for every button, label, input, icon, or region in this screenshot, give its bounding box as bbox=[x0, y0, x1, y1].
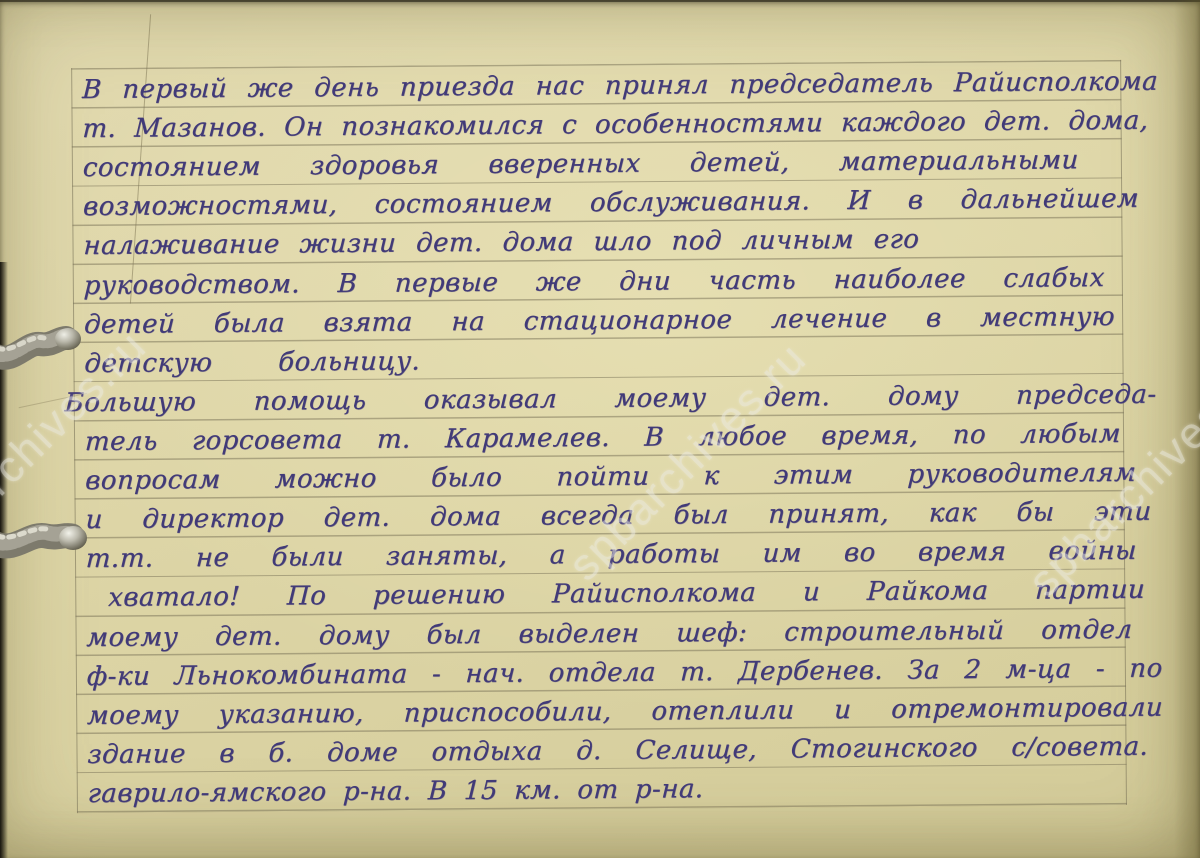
scanned-document-photo: В первый же день приезда нас принял пред… bbox=[0, 0, 1200, 858]
handwriting-line: гаврило-ямского р-на. В 15 км. от р-на. bbox=[87, 772, 704, 811]
ruled-writing-area: В первый же день приезда нас принял пред… bbox=[0, 0, 1200, 858]
handwriting-line: налаживание жизни дет. дома шло под личн… bbox=[83, 222, 920, 263]
binding-thread bbox=[0, 500, 100, 580]
